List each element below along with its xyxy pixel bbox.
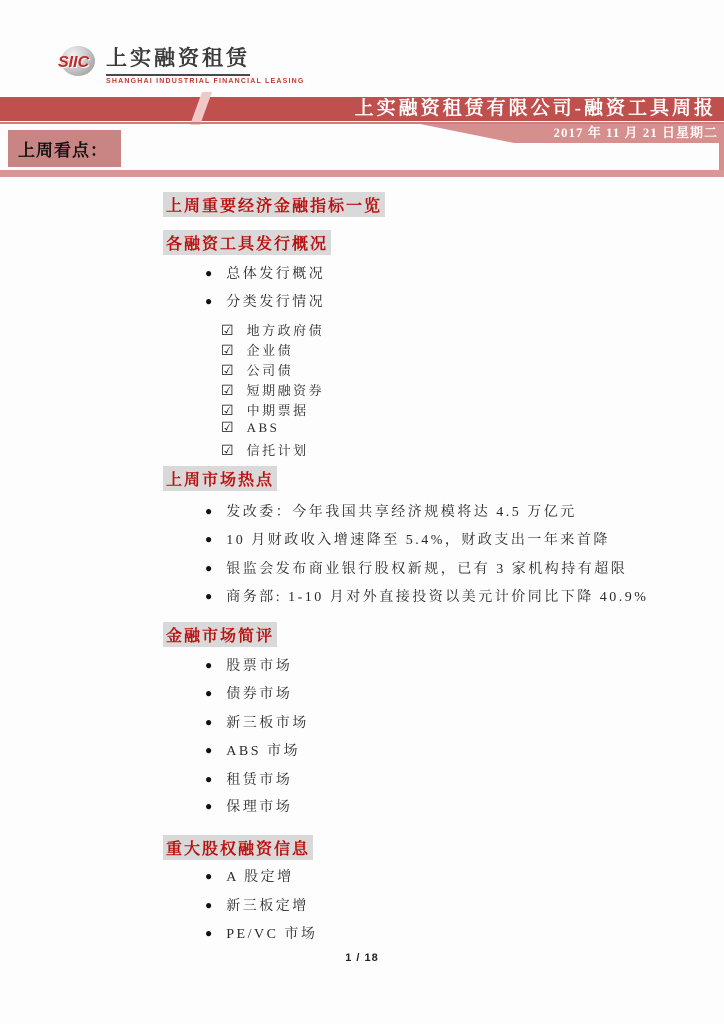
list-item-label: ABS 市场 <box>226 744 300 759</box>
checkbox-item: ☑ABS <box>221 420 279 436</box>
bullet-icon: ● <box>205 926 212 941</box>
list-item: ●分类发行情况 <box>205 291 325 311</box>
checkbox-label: 短期融资券 <box>247 383 325 398</box>
checkbox-item: ☑公司债 <box>221 360 293 379</box>
banner-rule <box>0 122 724 124</box>
bullet-icon: ● <box>205 658 212 673</box>
list-item-label: A 股定增 <box>226 870 293 885</box>
banner-slash-decoration <box>190 92 212 125</box>
report-title: 上实融资租赁有限公司-融资工具周报 <box>355 97 716 121</box>
highlights-label: 上周看点： <box>8 136 108 161</box>
header-divider <box>0 170 724 177</box>
checkbox-item: ☑企业债 <box>221 340 293 359</box>
list-item: ●ABS 市场 <box>205 740 300 760</box>
bullet-icon: ● <box>205 686 212 701</box>
checkbox-item: ☑短期融资券 <box>221 380 324 399</box>
report-date: 2017 年 11 月 21 日星期二 <box>553 124 718 142</box>
list-item-label: 租赁市场 <box>226 773 292 788</box>
bullet-icon: ● <box>205 294 212 309</box>
checkbox-label: 信托计划 <box>247 443 309 458</box>
checked-checkbox-icon: ☑ <box>221 343 234 359</box>
checkbox-item: ☑中期票据 <box>221 400 309 419</box>
checkbox-label: 地方政府债 <box>247 323 325 338</box>
date-strip: 2017 年 11 月 21 日星期二 <box>420 124 724 143</box>
list-item-label: 保理市场 <box>226 800 292 815</box>
bullet-icon: ● <box>205 561 212 576</box>
logo-company-name-en: SHANGHAI INDUSTRIAL FINANCIAL LEASING <box>106 78 305 85</box>
checked-checkbox-icon: ☑ <box>221 363 234 379</box>
list-item: ●PE/VC 市场 <box>205 923 317 943</box>
siic-globe-icon: SIIC <box>58 46 98 78</box>
logo-company-name: 上实融资租赁 <box>106 42 250 76</box>
list-item-label: 发改委：今年我国共享经济规模将达 4.5 万亿元 <box>226 505 577 520</box>
bullet-icon: ● <box>205 589 212 604</box>
bullet-icon: ● <box>205 869 212 884</box>
list-item: ●银监会发布商业银行股权新规，已有 3 家机构持有超限 <box>205 558 627 578</box>
checkbox-label: ABS <box>247 420 280 435</box>
bullet-icon: ● <box>205 715 212 730</box>
bullet-icon: ● <box>205 532 212 547</box>
section-title-issuance: 各融资工具发行概况 <box>163 230 331 255</box>
list-item-label: 商务部: 1-10 月对外直接投资以美元计价同比下降 40.9% <box>226 590 648 605</box>
report-title-banner: 上实融资租赁有限公司-融资工具周报 <box>0 97 724 121</box>
list-item: ●新三板定增 <box>205 895 309 915</box>
checkbox-item: ☑信托计划 <box>221 440 309 459</box>
list-item: ●新三板市场 <box>205 712 309 732</box>
bullet-icon: ● <box>205 266 212 281</box>
bullet-icon: ● <box>205 799 212 814</box>
section-title-indicators: 上周重要经济金融指标一览 <box>163 192 385 217</box>
list-item: ●发改委：今年我国共享经济规模将达 4.5 万亿元 <box>205 501 577 521</box>
highlights-label-box: 上周看点： <box>8 130 121 167</box>
section-title-hotspots: 上周市场热点 <box>163 466 277 491</box>
list-item-label: PE/VC 市场 <box>226 927 317 942</box>
list-item: ●A 股定增 <box>205 866 294 886</box>
list-item-label: 银监会发布商业银行股权新规，已有 3 家机构持有超限 <box>226 562 627 577</box>
bullet-icon: ● <box>205 898 212 913</box>
checked-checkbox-icon: ☑ <box>221 420 234 436</box>
checked-checkbox-icon: ☑ <box>221 323 234 339</box>
checkbox-item: ☑地方政府债 <box>221 320 324 339</box>
checked-checkbox-icon: ☑ <box>221 383 234 399</box>
page-number: 1 / 18 <box>0 952 724 964</box>
bullet-icon: ● <box>205 772 212 787</box>
bullet-icon: ● <box>205 504 212 519</box>
report-page: SIIC 上实融资租赁 SHANGHAI INDUSTRIAL FINANCIA… <box>0 0 724 1024</box>
company-logo: SIIC 上实融资租赁 SHANGHAI INDUSTRIAL FINANCIA… <box>58 42 305 85</box>
list-item: ●总体发行概况 <box>205 263 325 283</box>
list-item: ●商务部: 1-10 月对外直接投资以美元计价同比下降 40.9% <box>205 586 648 606</box>
checkbox-label: 企业债 <box>247 343 294 358</box>
list-item: ●债券市场 <box>205 683 292 703</box>
list-item-label: 分类发行情况 <box>226 295 325 310</box>
list-item-label: 新三板定增 <box>226 899 309 914</box>
checked-checkbox-icon: ☑ <box>221 443 234 459</box>
checkbox-label: 中期票据 <box>247 403 309 418</box>
siic-wordmark: SIIC <box>58 54 102 72</box>
section-title-markets: 金融市场简评 <box>163 622 277 647</box>
list-item-label: 债券市场 <box>226 687 292 702</box>
logo-text: 上实融资租赁 SHANGHAI INDUSTRIAL FINANCIAL LEA… <box>106 42 305 85</box>
checkbox-label: 公司债 <box>247 363 294 378</box>
list-item-label: 新三板市场 <box>226 716 309 731</box>
list-item-label: 总体发行概况 <box>226 267 325 282</box>
list-item: ●股票市场 <box>205 655 292 675</box>
list-item: ●租赁市场 <box>205 769 292 789</box>
list-item: ●10 月财政收入增速降至 5.4%，财政支出一年来首降 <box>205 529 610 549</box>
checked-checkbox-icon: ☑ <box>221 403 234 419</box>
list-item-label: 股票市场 <box>226 659 292 674</box>
list-item: ●保理市场 <box>205 796 292 816</box>
section-title-equity: 重大股权融资信息 <box>163 835 313 860</box>
bullet-icon: ● <box>205 743 212 758</box>
list-item-label: 10 月财政收入增速降至 5.4%，财政支出一年来首降 <box>226 533 610 548</box>
